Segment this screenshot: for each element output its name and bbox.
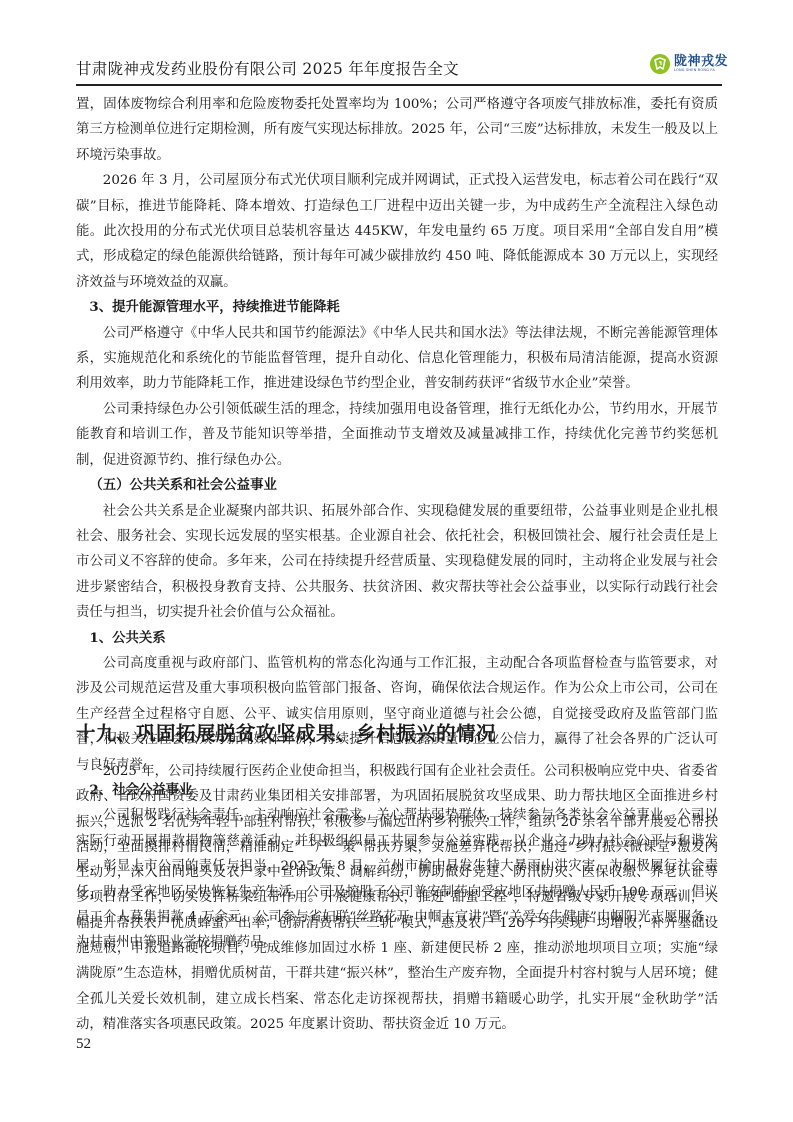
- company-logo: 陇神戎发 LONG SHEN RONG FA: [650, 54, 728, 74]
- page-header: 甘肃陇神戎发药业股份有限公司 2025 年年度报告全文 陇神戎发 LONG SH…: [76, 52, 716, 82]
- paragraph: 社会公共关系是企业凝聚内部共识、拓展外部合作、实现稳健发展的重要纽带，公益事业则…: [76, 499, 718, 626]
- paragraph: 2026 年 3 月，公司屋顶分布式光伏项目顺利完成并网调试，正式投入运营发电，…: [76, 168, 718, 295]
- logo-chinese-name: 陇神戎发: [674, 55, 728, 68]
- report-title: 甘肃陇神戎发药业股份有限公司 2025 年年度报告全文: [76, 57, 459, 79]
- subheading: 1、公共关系: [76, 626, 718, 651]
- paragraph: 公司严格遵守《中华人民共和国节约能源法》《中华人民共和国水法》等法律法规，不断完…: [76, 321, 718, 397]
- body-section-rural-revitalization: 2025 年，公司持续履行医药企业使命担当，积极践行国有企业社会责任。公司积极响…: [76, 759, 718, 1037]
- paragraph: 置，固体废物综合利用率和危险废物委托处置率均为 100%；公司严格遵守各项废气排…: [76, 92, 718, 168]
- header-divider: [76, 84, 722, 86]
- paragraph: 2025 年，公司持续履行医药企业使命担当，积极践行国有企业社会责任。公司积极响…: [76, 759, 718, 1037]
- page-number: 52: [76, 1036, 91, 1053]
- logo-emblem-icon: [650, 54, 670, 74]
- logo-english-name: LONG SHEN RONG FA: [674, 69, 728, 73]
- chapter-heading: 十九、巩固拓展脱贫攻坚成果、乡村振兴的情况: [76, 718, 496, 746]
- paragraph: 公司秉持绿色办公引领低碳生活的理念，持续加强用电设备管理，推行无纸化办公，节约用…: [76, 397, 718, 473]
- subheading: 3、提升能源管理水平，持续推进节能降耗: [76, 295, 718, 320]
- section-heading: （五）公共关系和社会公益事业: [76, 473, 718, 498]
